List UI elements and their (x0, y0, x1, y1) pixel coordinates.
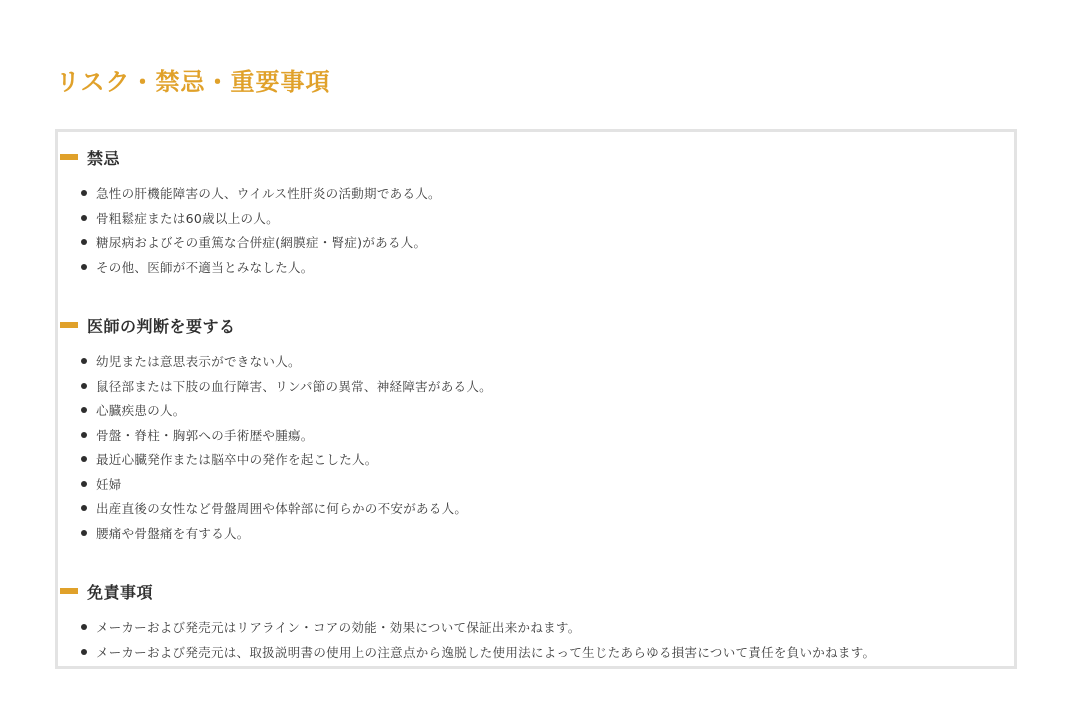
list-item-text: 幼児または意思表示ができない人。 (96, 352, 301, 370)
section-heading: 免責事項 (58, 579, 1014, 603)
list-item-text: 心臓疾患の人。 (96, 401, 186, 419)
list-item-text: 出産直後の女性など骨盤周囲や体幹部に何らかの不安がある人。 (96, 499, 467, 517)
bullet-icon (81, 530, 87, 536)
list-item-text: メーカーおよび発売元は、取扱説明書の使用上の注意点から逸脱した使用法によって生じ… (96, 643, 875, 661)
list-item: 心臓疾患の人。 (81, 398, 1014, 423)
heading-bar-icon (60, 322, 78, 328)
list-item-text: 最近心臓発作または脳卒中の発作を起こした人。 (96, 450, 378, 468)
list-item-text: 急性の肝機能障害の人、ウイルス性肝炎の活動期である人。 (96, 184, 441, 202)
list-item: 急性の肝機能障害の人、ウイルス性肝炎の活動期である人。 (81, 181, 1014, 206)
list-item-text: 妊婦 (96, 475, 122, 493)
list-item: メーカーおよび発売元は、取扱説明書の使用上の注意点から逸脱した使用法によって生じ… (81, 640, 1014, 665)
list-item-text: 骨粗鬆症または60歳以上の人。 (96, 209, 279, 227)
list-item-text: 糖尿病およびその重篤な合併症(網膜症・腎症)がある人。 (96, 233, 426, 251)
heading-bar-icon (60, 154, 78, 160)
page-title: リスク・禁忌・重要事項 (56, 64, 331, 100)
list-item: 腰痛や骨盤痛を有する人。 (81, 521, 1014, 546)
bullet-icon (81, 407, 87, 413)
heading-bar-icon (60, 588, 78, 594)
bullet-icon (81, 505, 87, 511)
section-disclaimer: 免責事項 メーカーおよび発売元はリアライン・コアの効能・効果について保証出来かね… (58, 579, 1014, 664)
list-item: 骨盤・脊柱・胸郭への手術歴や腫瘍。 (81, 423, 1014, 448)
list-item-text: メーカーおよび発売元はリアライン・コアの効能・効果について保証出来かねます。 (96, 618, 581, 636)
bullet-icon (81, 456, 87, 462)
section-heading-text: 免責事項 (87, 580, 153, 603)
section-heading-text: 禁忌 (87, 146, 120, 169)
bullet-icon (81, 264, 87, 270)
list-item: その他、医師が不適当とみなした人。 (81, 255, 1014, 280)
bullet-icon (81, 624, 87, 630)
list-item: 糖尿病およびその重篤な合併症(網膜症・腎症)がある人。 (81, 230, 1014, 255)
bullet-icon (81, 649, 87, 655)
bullet-icon (81, 481, 87, 487)
list-item: 骨粗鬆症または60歳以上の人。 (81, 206, 1014, 231)
list-item-text: 腰痛や骨盤痛を有する人。 (96, 524, 250, 542)
list-item: 最近心臓発作または脳卒中の発作を起こした人。 (81, 447, 1014, 472)
bullet-icon (81, 358, 87, 364)
item-list: 幼児または意思表示ができない人。 鼠径部または下肢の血行障害、リンパ節の異常、神… (58, 349, 1014, 545)
list-item: メーカーおよび発売元はリアライン・コアの効能・効果について保証出来かねます。 (81, 615, 1014, 640)
list-item: 鼠径部または下肢の血行障害、リンパ節の異常、神経障害がある人。 (81, 374, 1014, 399)
section-heading: 禁忌 (58, 145, 1014, 169)
item-list: 急性の肝機能障害の人、ウイルス性肝炎の活動期である人。 骨粗鬆症または60歳以上… (58, 181, 1014, 279)
bullet-icon (81, 215, 87, 221)
bullet-icon (81, 432, 87, 438)
bullet-icon (81, 239, 87, 245)
list-item: 幼児または意思表示ができない人。 (81, 349, 1014, 374)
risk-info-panel: 禁忌 急性の肝機能障害の人、ウイルス性肝炎の活動期である人。 骨粗鬆症または60… (55, 129, 1017, 669)
item-list: メーカーおよび発売元はリアライン・コアの効能・効果について保証出来かねます。 メ… (58, 615, 1014, 664)
bullet-icon (81, 383, 87, 389)
section-contraindications: 禁忌 急性の肝機能障害の人、ウイルス性肝炎の活動期である人。 骨粗鬆症または60… (58, 145, 1014, 279)
list-item-text: その他、医師が不適当とみなした人。 (96, 258, 314, 276)
list-item-text: 鼠径部または下肢の血行障害、リンパ節の異常、神経障害がある人。 (96, 377, 492, 395)
list-item-text: 骨盤・脊柱・胸郭への手術歴や腫瘍。 (96, 426, 314, 444)
list-item: 妊婦 (81, 472, 1014, 497)
section-heading: 医師の判断を要する (58, 313, 1014, 337)
bullet-icon (81, 190, 87, 196)
list-item: 出産直後の女性など骨盤周囲や体幹部に何らかの不安がある人。 (81, 496, 1014, 521)
section-heading-text: 医師の判断を要する (87, 314, 236, 337)
section-physician-judgment: 医師の判断を要する 幼児または意思表示ができない人。 鼠径部または下肢の血行障害… (58, 313, 1014, 545)
